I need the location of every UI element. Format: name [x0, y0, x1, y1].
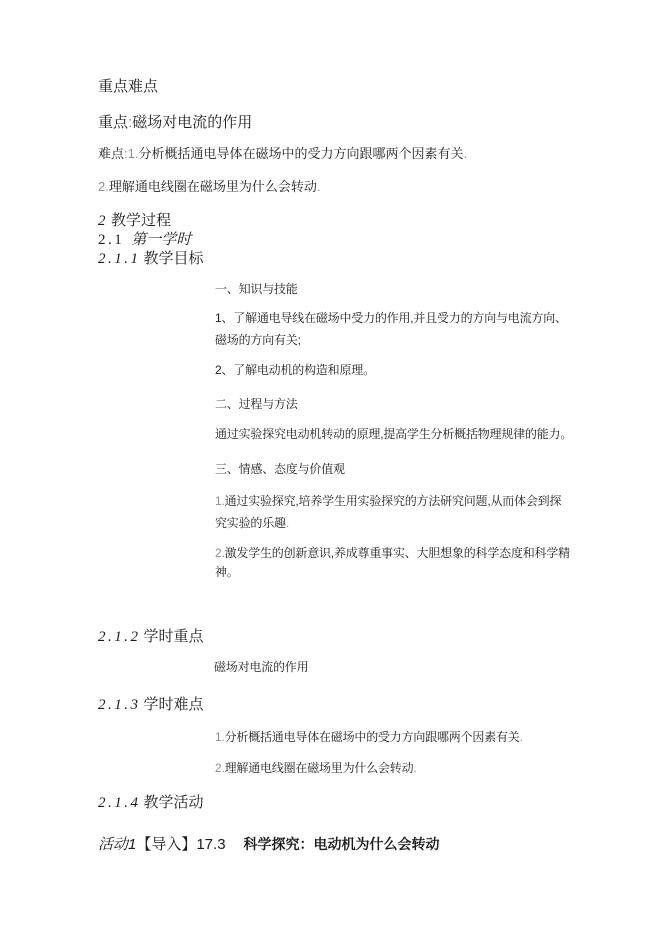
text-run: 学时重点: [144, 628, 204, 645]
heading-teaching-activities: 2.1.4教学活动: [98, 794, 204, 813]
text-run: 2.: [215, 546, 225, 560]
text-run: 教学过程: [111, 212, 171, 229]
text-run: 分析概括通电导体在磁场中的受力方向跟哪两个因素有关: [225, 730, 520, 744]
section-number: 2.1.4: [98, 795, 141, 811]
text-run: 2.: [98, 179, 109, 194]
text-run: 2.: [215, 761, 225, 775]
activity-tag-number: 【导入】17.3: [136, 836, 225, 853]
knowledge-item-1-line-1: 1、了解通电导线在磁场中受力的作用,并且受力的方向与电流方向、: [215, 311, 567, 326]
text-run: 磁场的方向有关;: [215, 333, 301, 347]
text-run: 2、了解电动机的构造和原理。: [215, 363, 375, 377]
text-run: 究实验的乐趣: [215, 516, 286, 530]
period-difficult-item-1: 1.分析概括通电导体在磁场中的受力方向跟哪两个因素有关.: [215, 730, 523, 745]
text-run: 通过实验探究,培养学生用实验探究的方法研究问题,从而体会到探: [225, 494, 562, 508]
text-run: 1.: [215, 730, 225, 744]
text-run: 磁场对电流的作用: [132, 114, 252, 131]
activity-label: 活动1: [98, 836, 136, 853]
text-run: 难点: [98, 146, 124, 161]
text-run: 重点难点: [98, 78, 158, 95]
emotion-item-2-line-1: 2.激发学生的创新意识,养成尊重事实、大胆想象的科学态度和科学精: [215, 546, 570, 561]
heading-first-period: 2.1第一学时: [98, 231, 191, 250]
difficult-point-line-2: 2.理解通电线圈在磁场里为什么会转动.: [98, 179, 320, 195]
heading-teaching-objectives: 2.1.1教学目标: [98, 250, 204, 269]
text-run: 第一学时: [131, 231, 191, 248]
section-number: 2.1.2: [98, 629, 141, 645]
section-number: 2.1: [98, 232, 124, 248]
emotion-item-1-line-1: 1.通过实验探究,培养学生用实验探究的方法研究问题,从而体会到探: [215, 494, 561, 509]
text-run: 激发学生的创新意识,养成尊重事实、大胆想象的科学态度和科学精: [225, 546, 570, 560]
text-run: 二、过程与方法: [215, 397, 298, 411]
emotion-item-2-line-2: 神。: [215, 565, 239, 580]
text-run: 1.: [215, 494, 225, 508]
heading-teaching-process: 2教学过程: [98, 212, 171, 231]
section-number: 2.1.3: [98, 697, 141, 713]
text-run: 重点: [98, 114, 128, 131]
text-run: 1、了解通电导线在磁场中受力的作用,并且受力的方向与电流方向、: [215, 311, 567, 325]
knowledge-item-2: 2、了解电动机的构造和原理。: [215, 363, 375, 378]
text-run: 神。: [215, 565, 239, 579]
heading-period-key-point: 2.1.2学时重点: [98, 628, 204, 647]
heading-important-difficult: 重点难点: [98, 78, 158, 97]
section-number: 2.1.1: [98, 251, 141, 267]
period-difficult-item-2: 2.理解通电线圈在磁场里为什么会转动.: [215, 761, 417, 776]
period-key-point-text: 磁场对电流的作用: [214, 660, 308, 675]
emotion-attitude-heading: 三、情感、态度与价值观: [215, 462, 345, 477]
section-number: 2: [98, 213, 108, 229]
text-run: 教学目标: [144, 250, 204, 267]
text-run: :1.: [124, 146, 138, 161]
text-run: .: [413, 761, 416, 775]
knowledge-skills-heading: 一、知识与技能: [215, 282, 298, 297]
document-page: 重点难点 重点:磁场对电流的作用 难点:1.分析概括通电导体在磁场中的受力方向跟…: [0, 0, 661, 935]
text-run: 三、情感、态度与价值观: [215, 462, 345, 476]
text-run: .: [317, 179, 321, 194]
activity-intro-line: 活动1【导入】17.3科学探究：电动机为什么会转动: [98, 836, 440, 855]
activity-title: 科学探究：电动机为什么会转动: [244, 836, 440, 852]
emotion-item-1-line-2: 究实验的乐趣.: [215, 516, 289, 531]
process-method-heading: 二、过程与方法: [215, 397, 298, 412]
text-run: .: [464, 146, 468, 161]
text-run: 教学活动: [144, 794, 204, 811]
text-run: 一、知识与技能: [215, 282, 298, 296]
knowledge-item-1-line-2: 磁场的方向有关;: [215, 333, 301, 348]
text-run: 理解通电线圈在磁场里为什么会转动: [109, 179, 317, 194]
text-run: .: [520, 730, 523, 744]
text-run: 学时难点: [144, 696, 204, 713]
process-method-text: 通过实验探究电动机转动的原理,提高学生分析概括物理规律的能力。: [215, 427, 572, 442]
text-run: 通过实验探究电动机转动的原理,提高学生分析概括物理规律的能力。: [215, 427, 572, 441]
text-run: .: [286, 516, 289, 530]
heading-period-difficult-point: 2.1.3学时难点: [98, 696, 204, 715]
difficult-point-line-1: 难点:1.分析概括通电导体在磁场中的受力方向跟哪两个因素有关.: [98, 146, 467, 162]
text-run: 磁场对电流的作用: [214, 660, 308, 674]
text-run: 理解通电线圈在磁场里为什么会转动: [225, 761, 414, 775]
key-point-line: 重点:磁场对电流的作用: [98, 114, 252, 133]
text-run: 分析概括通电导体在磁场中的受力方向跟哪两个因素有关: [138, 146, 463, 161]
